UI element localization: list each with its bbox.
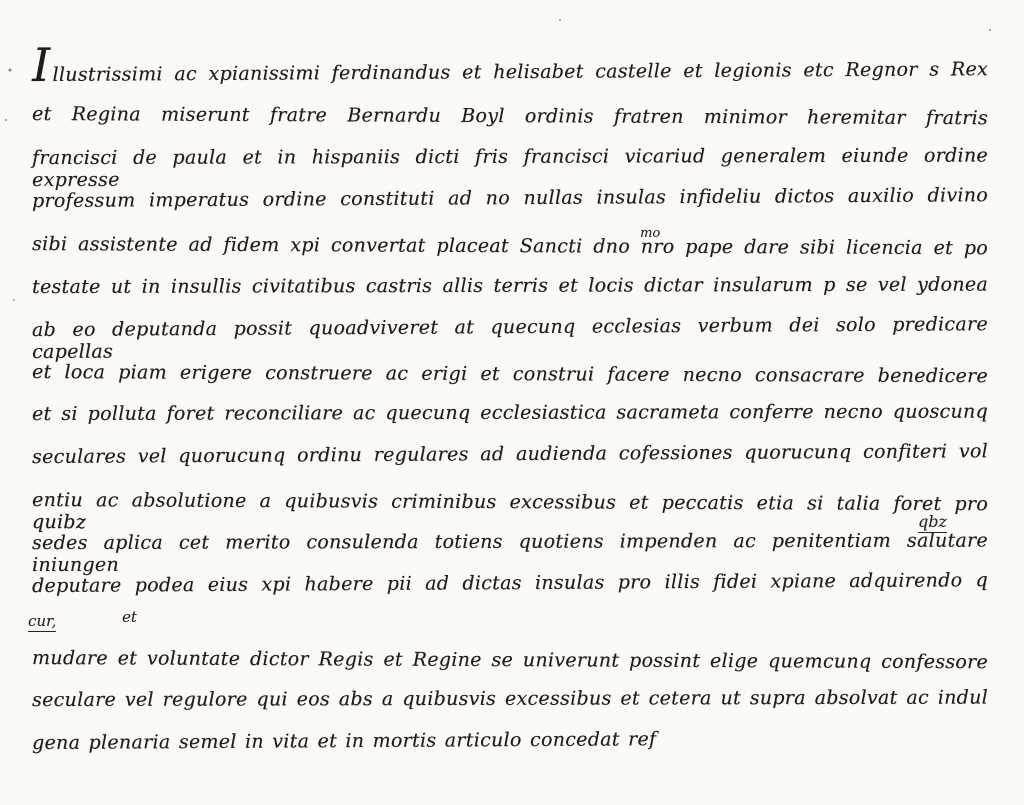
- manuscript-line: professum imperatus ordine constituti ad…: [32, 185, 988, 213]
- manuscript-line: et si polluta foret reconciliare ac quec…: [32, 401, 988, 425]
- manuscript-line: testate ut in insullis civitatibus castr…: [32, 274, 988, 298]
- interlinear-superscript-mo: mo: [640, 226, 660, 241]
- manuscript-line: sibi assistente ad fidem xpi convertat p…: [32, 234, 988, 260]
- manuscript-line: mudare et voluntate dictor Regis et Regi…: [32, 648, 988, 674]
- interlinear-correction-et: et: [122, 608, 137, 626]
- margin-note-right: qbz: [918, 512, 947, 533]
- manuscript-line: seculare vel regulore qui eos abs a quib…: [32, 687, 988, 711]
- manuscript-line: et loca piam erigere construere ac erigi…: [32, 362, 988, 388]
- manuscript-line: deputare podea eius xpi habere pii ad di…: [32, 570, 988, 598]
- manuscript-page: Illustrissimi ac xpianissimi ferdinandus…: [0, 0, 1024, 805]
- manuscript-line: et Regina miserunt fratre Bernardu Boyl …: [32, 104, 988, 130]
- manuscript-line: seculares vel quorucunq ordinu regulares…: [32, 441, 988, 469]
- manuscript-line: ab eo deputanda possit quoadviveret at q…: [32, 314, 988, 364]
- manuscript-line: Illustrissimi ac xpianissimi ferdinandus…: [32, 46, 988, 87]
- manuscript-line: gena plenaria semel in vita et in mortis…: [32, 727, 988, 755]
- margin-note-left: cur,: [28, 612, 56, 632]
